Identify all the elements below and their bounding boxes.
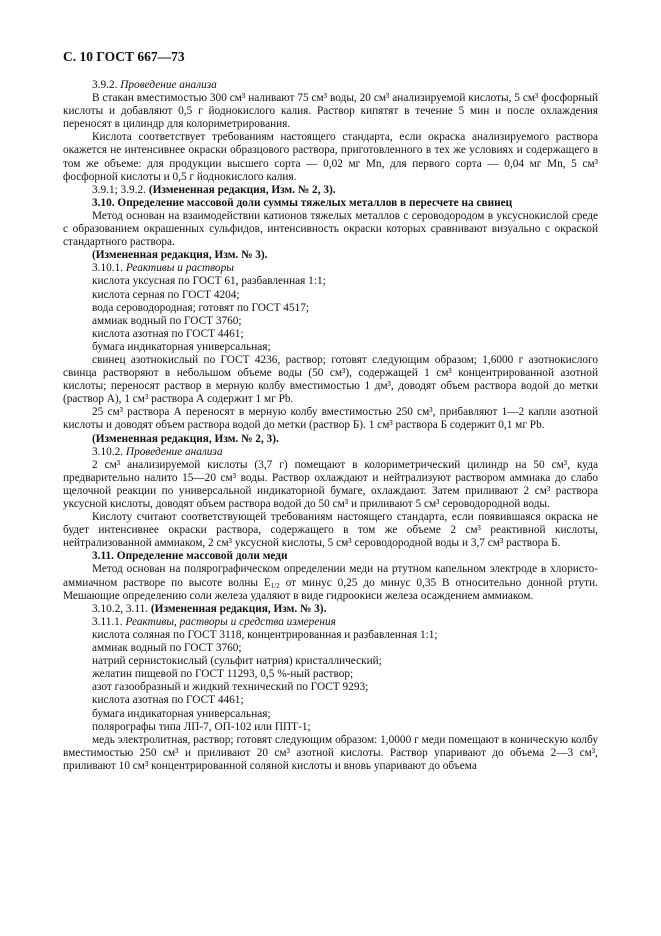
list-item: аммиак водный по ГОСТ 3760; xyxy=(63,642,598,655)
revision-note: (Измененная редакция, Изм. № 3). xyxy=(63,249,598,262)
list-item: кислота соляная по ГОСТ 3118, концентрир… xyxy=(63,629,598,642)
list-item: натрий сернистокислый (сульфит натрия) к… xyxy=(63,655,598,668)
revision-note: (Измененная редакция, Изм. № 2, 3). xyxy=(63,433,598,446)
paragraph: свинец азотнокислый по ГОСТ 4236, раство… xyxy=(63,354,598,406)
list-item: кислота азотная по ГОСТ 4461; xyxy=(63,328,598,341)
page-header: С. 10 ГОСТ 667—73 xyxy=(63,49,185,65)
list-item: вода сероводородная; готовят по ГОСТ 451… xyxy=(63,302,598,315)
paragraph: Кислота соответствует требованиям настоя… xyxy=(63,131,598,183)
revision-note: 3.9.1; 3.9.2. (Измененная редакция, Изм.… xyxy=(63,184,598,197)
list-item: полярографы типа ЛП-7, ОП-102 или ППТ-1; xyxy=(63,721,598,734)
list-item: бумага индикаторная универсальная; xyxy=(63,708,598,721)
paragraph: В стакан вместимостью 300 см³ наливают 7… xyxy=(63,92,598,131)
paragraph: 2 см³ анализируемой кислоты (3,7 г) поме… xyxy=(63,459,598,511)
paragraph: медь электролитная, раствор; готовят сле… xyxy=(63,734,598,773)
paragraph: Кислоту считают соответствующей требован… xyxy=(63,511,598,550)
paragraph: 25 см³ раствора А переносят в мерную кол… xyxy=(63,406,598,432)
list-item: бумага индикаторная универсальная; xyxy=(63,341,598,354)
list-item: желатин пищевой по ГОСТ 11293, 0,5 %-ный… xyxy=(63,668,598,681)
subsection-3-11-1-heading: 3.11.1. Реактивы, растворы и средства из… xyxy=(63,616,598,629)
list-item: кислота азотная по ГОСТ 4461; xyxy=(63,694,598,707)
reagent-list: кислота соляная по ГОСТ 3118, концентрир… xyxy=(63,629,598,734)
paragraph: Метод основан на полярографическом опред… xyxy=(63,563,598,602)
list-item: кислота уксусная по ГОСТ 61, разбавленна… xyxy=(63,275,598,288)
paragraph: Метод основан на взаимодействии катионов… xyxy=(63,210,598,249)
document-body: 3.9.2. Проведение анализа В стакан вмест… xyxy=(63,79,598,773)
revision-note: 3.10.2, 3.11. (Измененная редакция, Изм.… xyxy=(63,603,598,616)
reagent-list: кислота уксусная по ГОСТ 61, разбавленна… xyxy=(63,275,598,354)
subsection-3-9-2-heading: 3.9.2. Проведение анализа xyxy=(63,79,598,92)
subsection-3-10-1-heading: 3.10.1. Реактивы и растворы xyxy=(63,262,598,275)
list-item: азот газообразный и жидкий технический п… xyxy=(63,681,598,694)
section-3-11-heading: 3.11. Определение массовой доли меди xyxy=(63,550,598,563)
section-3-10-heading: 3.10. Определение массовой доли суммы тя… xyxy=(63,197,598,210)
subsection-3-10-2-heading: 3.10.2. Проведение анализа xyxy=(63,446,598,459)
list-item: кислота серная по ГОСТ 4204; xyxy=(63,289,598,302)
list-item: аммиак водный по ГОСТ 3760; xyxy=(63,315,598,328)
